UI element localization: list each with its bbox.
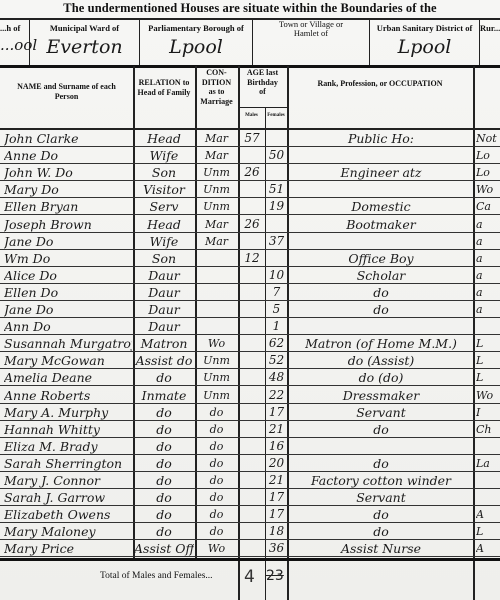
occupation: [290, 438, 472, 455]
person-name: Sarah J. Garrow: [4, 489, 132, 506]
boundary-label: Rur...: [480, 23, 500, 33]
occupation: Bootmaker: [290, 216, 472, 233]
marital-condition: do: [196, 455, 237, 472]
occupation: do: [290, 284, 472, 301]
extra-column: L: [476, 335, 500, 352]
relation: Head: [134, 216, 194, 233]
table-row: Amelia DeanedoUnm48do (do)L: [0, 369, 500, 386]
table-row: Joseph BrownHeadMar26Bootmakera: [0, 216, 500, 233]
female-age: 16: [266, 438, 287, 455]
female-age: 22: [266, 387, 287, 404]
relation: do: [134, 404, 194, 421]
male-age: [239, 369, 265, 386]
relation: Daur: [134, 318, 194, 335]
male-age: [239, 540, 265, 557]
col-header-relation-text: RELATION to Head of Family: [133, 78, 195, 97]
relation: do: [134, 506, 194, 523]
male-age: [239, 438, 265, 455]
document-title: The undermentioned Houses are situate wi…: [0, 1, 500, 16]
boundary-parliamentary-borough: Parliamentary Borough of Lpool: [140, 20, 253, 65]
extra-column: A: [476, 540, 500, 557]
boundary-value: Lpool: [370, 36, 479, 58]
occupation: do: [290, 301, 472, 318]
marital-condition: Wo: [196, 335, 237, 352]
female-age: 52: [266, 352, 287, 369]
boundary-municipal-ward: Municipal Ward of Everton: [30, 20, 140, 65]
boundary-value: Lpool: [140, 36, 252, 58]
extra-column: Not: [476, 130, 500, 147]
col-header-condition-text: CON-DITION as to Marriage: [195, 68, 238, 106]
person-name: Anne Do: [4, 147, 132, 164]
extra-column: Wo: [476, 387, 500, 404]
table-row: Anne DoWifeMar50Lo: [0, 147, 500, 164]
female-age: [266, 130, 287, 147]
census-page: The undermentioned Houses are situate wi…: [0, 0, 500, 600]
occupation: [290, 147, 472, 164]
total-females: 23: [266, 568, 284, 584]
male-age: [239, 506, 265, 523]
occupation: Domestic: [290, 198, 472, 215]
female-age: 18: [266, 523, 287, 540]
marital-condition: [196, 250, 237, 267]
occupation: Public Ho:: [290, 130, 472, 147]
extra-column: L: [476, 369, 500, 386]
table-row: Mary J. Connordodo21Factory cotton winde…: [0, 472, 500, 489]
relation: Wife: [134, 147, 194, 164]
col-header-males: Males: [238, 111, 265, 121]
occupation: Servant: [290, 489, 472, 506]
relation: Inmate: [134, 387, 194, 404]
marital-condition: Unm: [196, 181, 237, 198]
female-age: 51: [266, 181, 287, 198]
table-row: Sarah J. Garrowdodo17Servant: [0, 489, 500, 506]
male-age: [239, 523, 265, 540]
extra-column: L: [476, 352, 500, 369]
female-age: 48: [266, 369, 287, 386]
occupation: [290, 318, 472, 335]
boundary-label: Town or Village or Hamlet of: [253, 20, 369, 38]
marital-condition: Unm: [196, 387, 237, 404]
relation: do: [134, 455, 194, 472]
occupation: Engineer atz: [290, 164, 472, 181]
person-name: Jane Do: [4, 301, 132, 318]
occupation: Dressmaker: [290, 387, 472, 404]
female-age: 21: [266, 472, 287, 489]
person-name: John Clarke: [4, 130, 132, 147]
table-row: Mary McGowanAssist doUnm52do (Assist)L: [0, 352, 500, 369]
extra-column: Ca: [476, 198, 500, 215]
occupation: Factory cotton winder: [290, 472, 472, 489]
marital-condition: do: [196, 404, 237, 421]
marital-condition: Unm: [196, 352, 237, 369]
relation: Assist Officer: [134, 540, 194, 557]
boundary-value: Everton: [30, 36, 139, 58]
female-age: [266, 164, 287, 181]
col-header-females: Females: [265, 111, 287, 121]
table-row: Ellen BryanServUnm19DomesticCa: [0, 198, 500, 215]
marital-condition: Mar: [196, 233, 237, 250]
table-row: Mary Maloneydodo18doL: [0, 523, 500, 540]
relation: Matron: [134, 335, 194, 352]
marital-condition: [196, 267, 237, 284]
male-age: 26: [239, 216, 265, 233]
marital-condition: Mar: [196, 147, 237, 164]
female-age: 7: [266, 284, 287, 301]
female-age: 1: [266, 318, 287, 335]
col-header-age-text: AGE last Birthday of: [238, 68, 287, 97]
marital-condition: [196, 284, 237, 301]
marital-condition: Mar: [196, 216, 237, 233]
census-table: NAME and Surname of each Person RELATION…: [0, 66, 500, 600]
occupation: [290, 181, 472, 198]
boundary-label: Parliamentary Borough of: [140, 23, 252, 33]
person-name: Eliza M. Brady: [4, 438, 132, 455]
occupation: do (Assist): [290, 352, 472, 369]
extra-column: I: [476, 404, 500, 421]
extra-column: a: [476, 233, 500, 250]
relation: Daur: [134, 284, 194, 301]
col-header-occupation-text: Rank, Profession, or OCCUPATION: [287, 79, 473, 89]
boundary-label: ...h of: [0, 23, 29, 33]
marital-condition: Unm: [196, 198, 237, 215]
extra-column: [476, 318, 500, 335]
boundary-urban-sanitary-district: Urban Sanitary District of Lpool: [370, 20, 480, 65]
person-name: Joseph Brown: [4, 216, 132, 233]
marital-condition: Wo: [196, 540, 237, 557]
person-name: Anne Roberts: [4, 387, 132, 404]
relation: Son: [134, 250, 194, 267]
table-row: Mary A. Murphydodo17ServantI: [0, 404, 500, 421]
occupation: do: [290, 421, 472, 438]
person-name: Hannah Whitty: [4, 421, 132, 438]
boundary-rural: Rur...: [480, 20, 500, 65]
table-row: Ellen DoDaur7doa: [0, 284, 500, 301]
extra-column: [476, 438, 500, 455]
marital-condition: [196, 318, 237, 335]
marital-condition: do: [196, 438, 237, 455]
male-age: 57: [239, 130, 265, 147]
person-name: Mary McGowan: [4, 352, 132, 369]
male-age: [239, 489, 265, 506]
marital-condition: do: [196, 421, 237, 438]
extra-column: Lo: [476, 164, 500, 181]
relation: Daur: [134, 267, 194, 284]
relation: do: [134, 438, 194, 455]
table-row: John W. DoSonUnm26Engineer atzLo: [0, 164, 500, 181]
col-header-condition: CON-DITION as to Marriage: [195, 66, 238, 130]
relation: Assist do: [134, 352, 194, 369]
person-name: Mary Maloney: [4, 523, 132, 540]
female-age: [266, 216, 287, 233]
boundary-label: Urban Sanitary District of: [370, 23, 479, 33]
relation: do: [134, 523, 194, 540]
male-age: [239, 284, 265, 301]
occupation: Assist Nurse: [290, 540, 472, 557]
occupation: Servant: [290, 404, 472, 421]
male-age: 12: [239, 250, 265, 267]
male-age: [239, 198, 265, 215]
table-row: Mary DoVisitorUnm51Wo: [0, 181, 500, 198]
relation: do: [134, 369, 194, 386]
extra-column: Lo: [476, 147, 500, 164]
boundary-town-village: Town or Village or Hamlet of: [253, 20, 370, 65]
relation: Serv: [134, 198, 194, 215]
col-header-age: AGE last Birthday of Males Females: [238, 66, 287, 130]
age-subheader-divider: [238, 107, 287, 108]
occupation: do: [290, 523, 472, 540]
female-age: 21: [266, 421, 287, 438]
relation: do: [134, 421, 194, 438]
extra-column: Ch: [476, 421, 500, 438]
marital-condition: Unm: [196, 164, 237, 181]
female-age: 50: [266, 147, 287, 164]
female-age: 62: [266, 335, 287, 352]
extra-column: [476, 489, 500, 506]
boundary-label: Municipal Ward of: [30, 23, 139, 33]
person-name: Elizabeth Owens: [4, 506, 132, 523]
female-age: 36: [266, 540, 287, 557]
table-row: Susannah MurgatroydMatronWo62Matron (of …: [0, 335, 500, 352]
marital-condition: [196, 301, 237, 318]
person-name: Mary A. Murphy: [4, 404, 132, 421]
marital-condition: do: [196, 489, 237, 506]
male-age: [239, 387, 265, 404]
male-age: [239, 335, 265, 352]
total-row: Total of Males and Females... 4 23: [0, 558, 500, 600]
occupation: Scholar: [290, 267, 472, 284]
table-row: Mary PriceAssist OfficerWo36Assist Nurse…: [0, 540, 500, 557]
table-row: Jane DoDaur5doa: [0, 301, 500, 318]
boundary-value: ...ool: [0, 36, 29, 54]
person-name: Sarah Sherrington: [4, 455, 132, 472]
female-age: 5: [266, 301, 287, 318]
male-age: [239, 318, 265, 335]
relation: Wife: [134, 233, 194, 250]
extra-column: L: [476, 523, 500, 540]
male-age: [239, 181, 265, 198]
col-header-extra: [473, 66, 500, 130]
extra-column: Wo: [476, 181, 500, 198]
total-label: Total of Males and Females...: [100, 571, 213, 581]
female-age: 17: [266, 404, 287, 421]
male-age: [239, 421, 265, 438]
table-row: Hannah Whittydodo21doCh: [0, 421, 500, 438]
extra-column: La: [476, 455, 500, 472]
relation: do: [134, 472, 194, 489]
col-header-occupation: Rank, Profession, or OCCUPATION: [287, 66, 473, 130]
female-age: [266, 250, 287, 267]
person-name: Ann Do: [4, 318, 132, 335]
occupation: do: [290, 455, 472, 472]
female-age: 19: [266, 198, 287, 215]
table-row: Sarah Sherringtondodo20doLa: [0, 455, 500, 472]
marital-condition: do: [196, 472, 237, 489]
female-age: 10: [266, 267, 287, 284]
occupation: Office Boy: [290, 250, 472, 267]
female-age: 37: [266, 233, 287, 250]
relation: Visitor: [134, 181, 194, 198]
table-row: Eliza M. Bradydodo16: [0, 438, 500, 455]
occupation: [290, 233, 472, 250]
person-name: Ellen Do: [4, 284, 132, 301]
male-age: 26: [239, 164, 265, 181]
extra-column: a: [476, 250, 500, 267]
person-name: Wm Do: [4, 250, 132, 267]
relation: do: [134, 489, 194, 506]
occupation: do: [290, 506, 472, 523]
person-name: Jane Do: [4, 233, 132, 250]
col-header-relation: RELATION to Head of Family: [133, 66, 195, 130]
person-name: Amelia Deane: [4, 369, 132, 386]
extra-column: a: [476, 301, 500, 318]
relation: Son: [134, 164, 194, 181]
person-name: Mary Do: [4, 181, 132, 198]
male-age: [239, 147, 265, 164]
marital-condition: do: [196, 506, 237, 523]
boundary-parish: ...h of ...ool: [0, 20, 30, 65]
table-row: Wm DoSon12Office Boya: [0, 250, 500, 267]
person-name: Mary J. Connor: [4, 472, 132, 489]
extra-column: a: [476, 267, 500, 284]
table-row: Ann DoDaur1: [0, 318, 500, 335]
table-row: Jane DoWifeMar37a: [0, 233, 500, 250]
marital-condition: do: [196, 523, 237, 540]
col-header-name: NAME and Surname of each Person: [0, 66, 133, 130]
occupation: do (do): [290, 369, 472, 386]
male-age: [239, 455, 265, 472]
table-row: Elizabeth Owensdodo17doA: [0, 506, 500, 523]
marital-condition: Unm: [196, 369, 237, 386]
extra-column: A: [476, 506, 500, 523]
table-row: Alice DoDaur10Scholara: [0, 267, 500, 284]
marital-condition: Mar: [196, 130, 237, 147]
person-name: Ellen Bryan: [4, 198, 132, 215]
female-age: 20: [266, 455, 287, 472]
male-age: [239, 233, 265, 250]
male-age: [239, 267, 265, 284]
relation: Daur: [134, 301, 194, 318]
table-row: Anne RobertsInmateUnm22DressmakerWo: [0, 387, 500, 404]
extra-column: a: [476, 284, 500, 301]
person-name: Alice Do: [4, 267, 132, 284]
male-age: [239, 472, 265, 489]
female-age: 17: [266, 506, 287, 523]
male-age: [239, 404, 265, 421]
male-age: [239, 301, 265, 318]
female-age: 17: [266, 489, 287, 506]
occupation: Matron (of Home M.M.): [290, 335, 472, 352]
relation: Head: [134, 130, 194, 147]
col-header-name-text: NAME and Surname of each Person: [0, 82, 133, 101]
total-males: 4: [244, 567, 255, 587]
boundaries-header: ...h of ...ool Municipal Ward of Everton…: [0, 18, 500, 68]
person-name: Mary Price: [4, 540, 132, 557]
extra-column: a: [476, 216, 500, 233]
person-name: Susannah Murgatroyd: [4, 335, 132, 352]
extra-column: [476, 472, 500, 489]
person-name: John W. Do: [4, 164, 132, 181]
table-row: John ClarkeHeadMar57Public Ho:Not: [0, 130, 500, 147]
male-age: [239, 352, 265, 369]
